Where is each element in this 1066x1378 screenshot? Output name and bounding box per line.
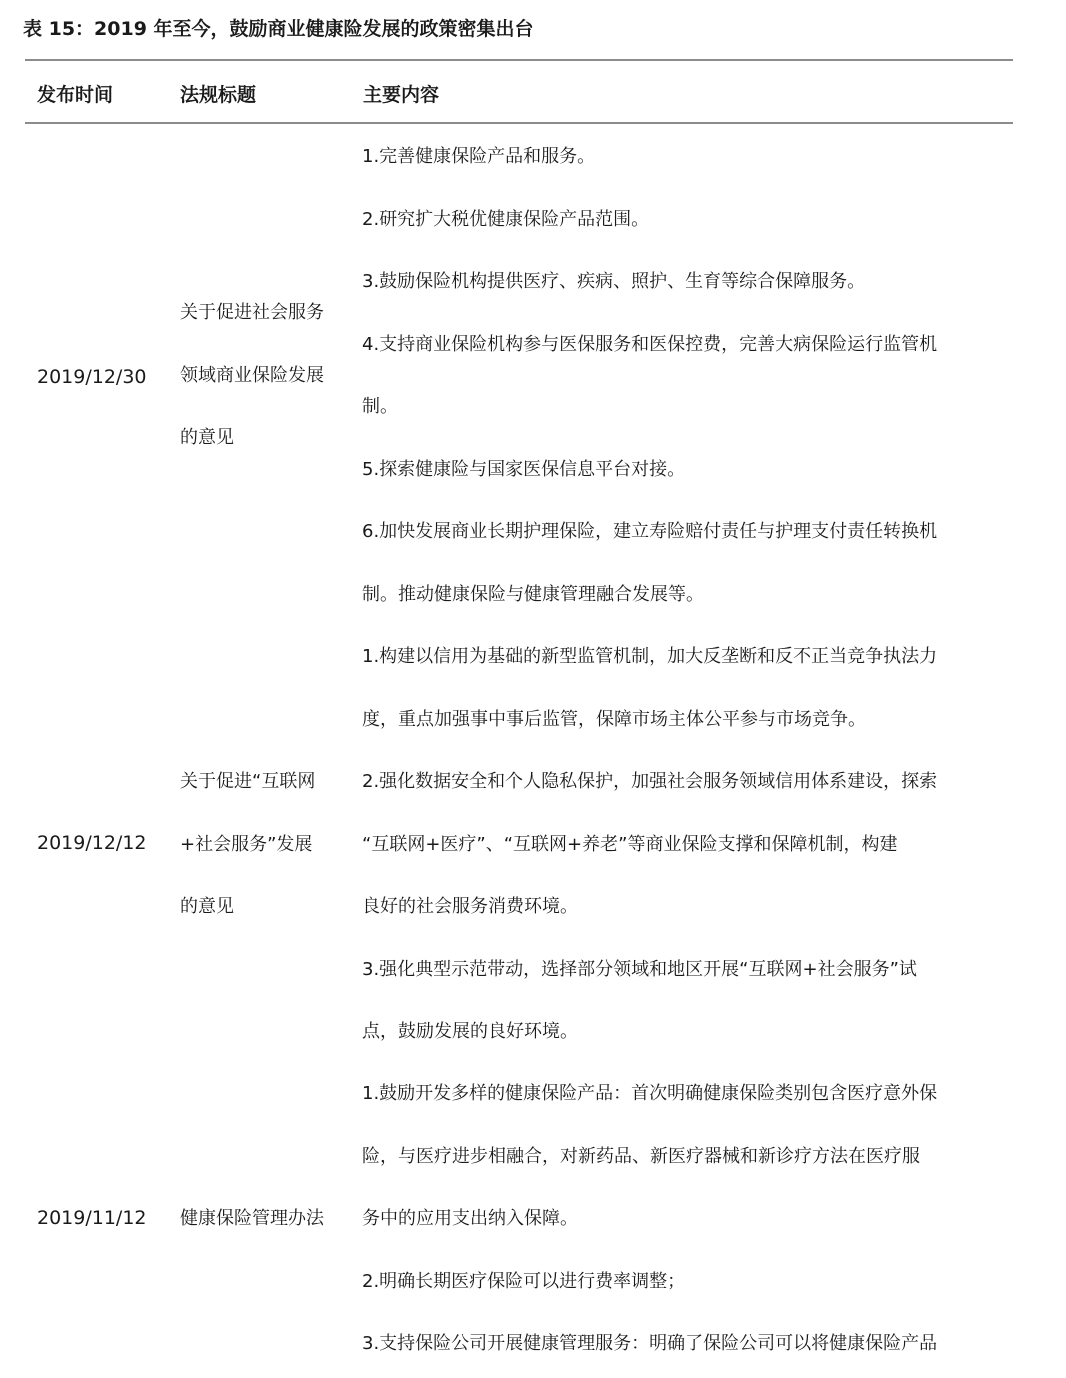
content-line: 3.鼓励保险机构提供医疗、疾病、照护、生育等综合保障服务。 xyxy=(362,251,1012,314)
row-content: 1.构建以信用为基础的新型监管机制，加大反垄断和反不正当竞争执法力 度，重点加强… xyxy=(362,626,1012,1064)
content-line: 制。推动健康保险与健康管理融合发展等。 xyxy=(362,564,1012,627)
row-title-line: +社会服务”发展 xyxy=(180,814,350,877)
row-title: 关于促进“互联网 +社会服务”发展 的意见 xyxy=(180,751,350,939)
content-line: “互联网+医疗”、“互联网+养老”等商业保险支撑和保障机制，构建 xyxy=(362,814,1012,877)
table-top-rule xyxy=(25,59,1013,61)
column-header-content: 主要内容 xyxy=(363,80,439,107)
header-bottom-rule xyxy=(25,122,1013,124)
row-title: 关于促进社会服务 领域商业保险发展 的意见 xyxy=(180,282,350,470)
row-title-line: 的意见 xyxy=(180,407,350,470)
content-line: 3.支持保险公司开展健康管理服务：明确了保险公司可以将健康保险产品 xyxy=(362,1313,1012,1376)
content-line: 2.强化数据安全和个人隐私保护，加强社会服务领域信用体系建设，探索 xyxy=(362,751,1012,814)
content-line: 制。 xyxy=(362,376,1012,439)
row-title-line: 健康保险管理办法 xyxy=(180,1188,350,1251)
table-caption: 表 15：2019 年至今，鼓励商业健康险发展的政策密集出台 xyxy=(23,14,534,41)
row-content: 1.鼓励开发多样的健康保险产品：首次明确健康保险类别包含医疗意外保 险，与医疗进… xyxy=(362,1063,1012,1376)
content-line: 5.探索健康险与国家医保信息平台对接。 xyxy=(362,439,1012,502)
content-line: 险，与医疗进步相融合，对新药品、新医疗器械和新诊疗方法在医疗服 xyxy=(362,1126,1012,1189)
row-title: 健康保险管理办法 xyxy=(180,1188,350,1251)
content-line: 1.构建以信用为基础的新型监管机制，加大反垄断和反不正当竞争执法力 xyxy=(362,626,1012,689)
content-line: 点，鼓励发展的良好环境。 xyxy=(362,1001,1012,1064)
column-header-date: 发布时间 xyxy=(37,80,113,107)
row-date: 2019/11/12 xyxy=(37,1207,147,1229)
content-line: 6.加快发展商业长期护理保险，建立寿险赔付责任与护理支付责任转换机 xyxy=(362,501,1012,564)
row-content: 1.完善健康保险产品和服务。 2.研究扩大税优健康保险产品范围。 3.鼓励保险机… xyxy=(362,126,1012,626)
content-line: 1.完善健康保险产品和服务。 xyxy=(362,126,1012,189)
content-line: 4.支持商业保险机构参与医保服务和医保控费，完善大病保险运行监管机 xyxy=(362,314,1012,377)
row-title-line: 领域商业保险发展 xyxy=(180,345,350,408)
content-line: 3.强化典型示范带动，选择部分领域和地区开展“互联网+社会服务”试 xyxy=(362,939,1012,1002)
row-date: 2019/12/30 xyxy=(37,366,147,388)
content-line: 2.明确长期医疗保险可以进行费率调整； xyxy=(362,1251,1012,1314)
content-line: 度，重点加强事中事后监管，保障市场主体公平参与市场竞争。 xyxy=(362,689,1012,752)
row-title-line: 关于促进社会服务 xyxy=(180,282,350,345)
content-line: 良好的社会服务消费环境。 xyxy=(362,876,1012,939)
content-line: 2.研究扩大税优健康保险产品范围。 xyxy=(362,189,1012,252)
row-date: 2019/12/12 xyxy=(37,832,147,854)
content-line: 务中的应用支出纳入保障。 xyxy=(362,1188,1012,1251)
row-title-line: 的意见 xyxy=(180,876,350,939)
column-header-title: 法规标题 xyxy=(180,80,256,107)
content-line: 1.鼓励开发多样的健康保险产品：首次明确健康保险类别包含医疗意外保 xyxy=(362,1063,1012,1126)
row-title-line: 关于促进“互联网 xyxy=(180,751,350,814)
